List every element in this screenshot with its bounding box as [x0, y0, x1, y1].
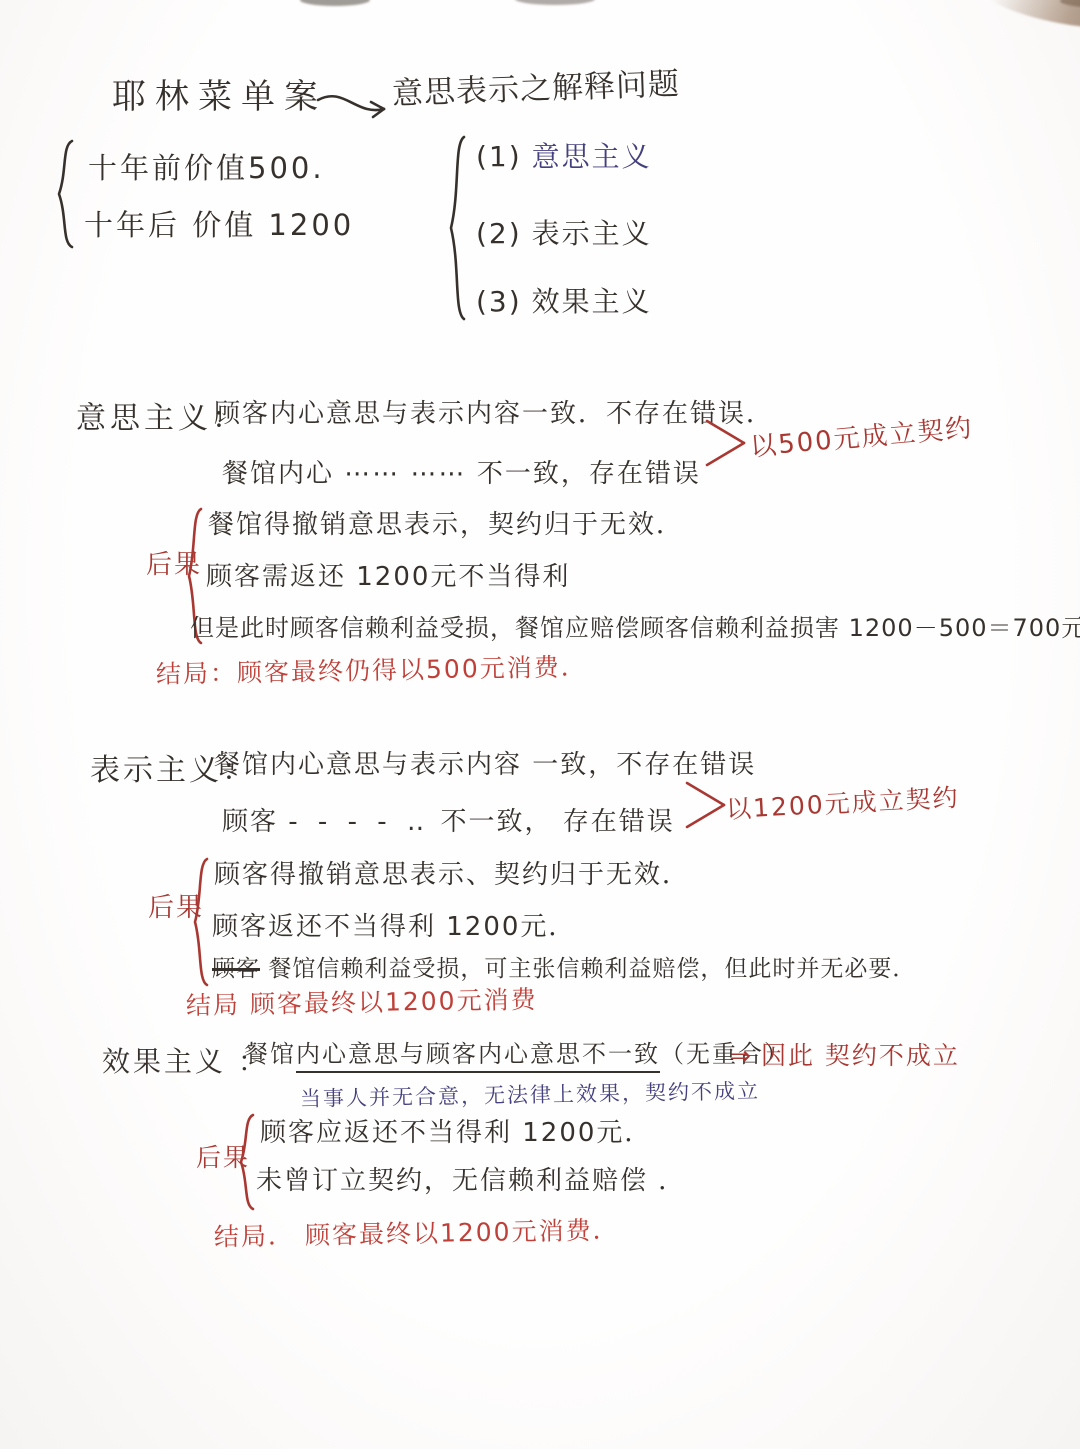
expression-theory-line2-rest: 不一致， 存在错误 — [441, 807, 675, 837]
doctrine-item-effect: (3)效果主义 — [476, 284, 652, 319]
doctrine-item-number: (3) — [476, 285, 522, 318]
effect-theory-line1-underlined: 内心意思与顾客内心意思不一致 — [296, 1040, 660, 1073]
doctrine-item-number: (2) — [476, 217, 522, 250]
will-theory-line2: 餐馆内心 ⋯⋯ ⋯⋯ 不一致，存在错误 — [222, 458, 701, 491]
effect-consequence-2: 未曾订立契约，无信赖利益赔偿 ． — [256, 1165, 686, 1198]
expression-outcome: 结局 顾客最终以1200元消费 — [186, 984, 538, 1021]
crossed-out-word: 顾客 — [212, 956, 260, 982]
will-theory-line1: 顾客内心意思与表示内容一致．不存在错误． — [214, 398, 774, 431]
will-consequence-3: 但是此时顾客信赖利益受损，餐馆应赔偿顾客信赖利益损害 1200－500＝700元 — [190, 613, 1080, 643]
effect-theory-blue-note: 当事人并无合意，无法律上效果，契约不成立 — [300, 1078, 760, 1112]
will-theory-line2-rest: 不一致，存在错误 — [477, 459, 701, 489]
doctrine-item-will: (1)意思主义 — [476, 139, 652, 174]
ellipsis-dots: - - - - ‥ — [288, 807, 430, 837]
paper-smudge — [515, 0, 595, 5]
expression-consequence-2: 顾客返还不当得利 1200元． — [212, 911, 576, 944]
expression-consequence-3: 顾客 餐馆信赖利益受损，可主张信赖利益赔偿，但此时并无必要． — [212, 955, 916, 984]
doctrine-item-label: 表示主义 — [532, 217, 652, 250]
will-consequence-2: 顾客需返还 1200元不当得利 — [206, 561, 570, 594]
curly-brace-left-icon — [236, 1112, 258, 1212]
paper-corner-stain — [978, 0, 1080, 37]
curly-brace-left-icon — [54, 138, 78, 250]
curly-brace-left-icon — [190, 856, 212, 988]
notebook-page: 耶林菜单案 意思表示之解释问题 十年前价值500. 十年后 价值 1200 (1… — [0, 0, 1080, 1449]
doctrine-item-label: 效果主义 — [532, 285, 652, 318]
expression-consequence-1: 顾客得撤销意思表示、契约归于无效． — [214, 859, 690, 892]
will-outcome: 结局：顾客最终仍得以500元消费． — [156, 651, 588, 690]
effect-consequence-1: 顾客应返还不当得利 1200元． — [260, 1117, 652, 1150]
doctrine-item-number: (1) — [476, 140, 522, 173]
fact-line-after: 十年后 价值 1200 — [84, 207, 354, 243]
curved-right-arrow-icon — [314, 84, 394, 126]
chevron-right-icon — [704, 418, 748, 468]
curly-brace-left-icon — [446, 134, 470, 322]
implies-arrow-icon: ⇒ — [730, 1041, 753, 1070]
case-title: 耶林菜单案 — [112, 76, 327, 119]
effect-outcome: 结局． 顾客最终以1200元消费． — [214, 1214, 620, 1252]
effect-theory-line1: 餐馆内心意思与顾客内心意思不一致（无重合） — [244, 1039, 790, 1069]
will-theory-line2-subject: 餐馆内心 — [222, 459, 334, 489]
expression-theory-line2-subject: 顾客 — [222, 807, 278, 837]
will-consequence-1: 餐馆得撤销意思表示，契约归于无效． — [208, 509, 684, 542]
expression-theory-line1: 餐馆内心意思与表示内容 一致，不存在错误 — [214, 749, 756, 782]
doctrine-item-label: 意思主义 — [532, 140, 652, 173]
paper-smudge — [300, 0, 370, 6]
effect-theory-side-note: ⇒因此 契约不成立 — [730, 1040, 960, 1071]
expression-consequence-3-text: 餐馆信赖利益受损，可主张信赖利益赔偿，但此时并无必要． — [268, 956, 916, 982]
doctrine-item-expression: (2)表示主义 — [476, 216, 652, 251]
ellipsis-dots: ⋯⋯ ⋯⋯ — [344, 459, 466, 489]
will-theory-side-note: 以500元成立契约 — [749, 412, 975, 464]
topic-title: 意思表示之解释问题 — [391, 65, 680, 114]
effect-theory-line1-prefix: 餐馆 — [244, 1040, 296, 1068]
chevron-right-icon — [684, 780, 728, 830]
expression-theory-side-note: 以1200元成立契约 — [725, 782, 960, 825]
expression-theory-line2: 顾客 - - - - ‥ 不一致， 存在错误 — [222, 806, 675, 839]
fact-line-before: 十年前价值500. — [88, 150, 325, 186]
effect-theory-side-text: 因此 契约不成立 — [761, 1041, 960, 1070]
